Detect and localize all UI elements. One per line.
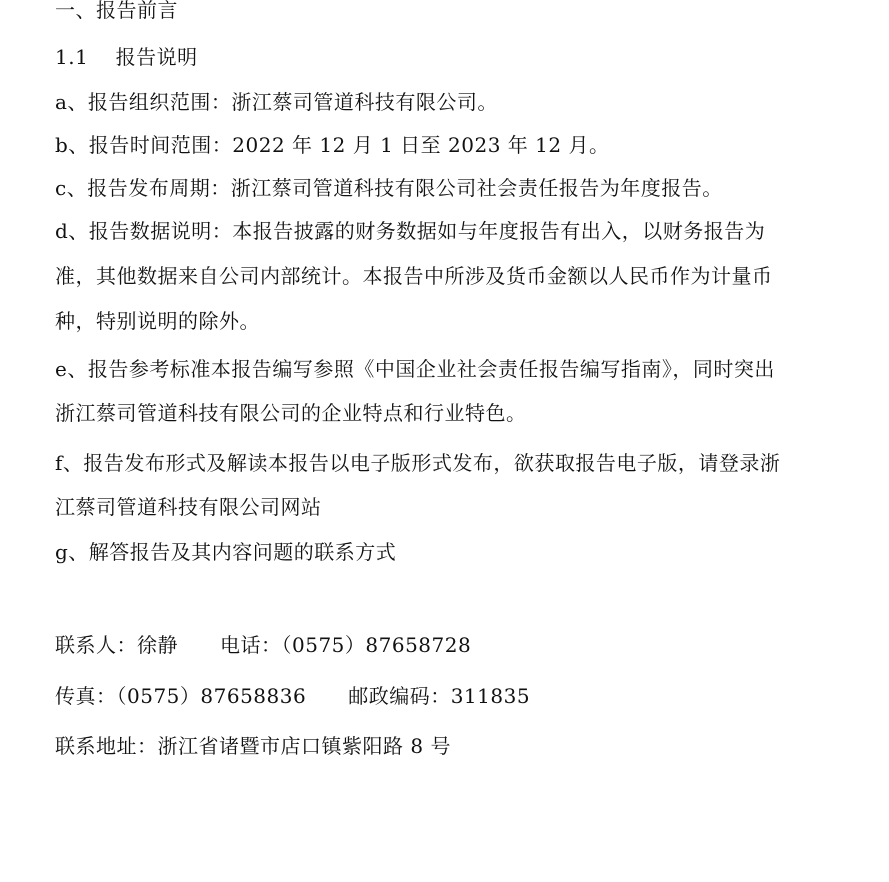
paragraph-f-line2: 江蔡司管道科技有限公司网站: [55, 495, 322, 519]
subsection-heading: 1.1 报告说明: [55, 45, 198, 69]
paragraph-a: a、报告组织范围：浙江蔡司管道科技有限公司。: [55, 90, 498, 114]
contact-person-row: 联系人：徐静电话：（0575）87658728: [55, 633, 471, 657]
section-heading: 一、报告前言: [55, 0, 178, 22]
phone-label: 电话：: [220, 633, 282, 657]
address-label: 联系地址：: [55, 734, 158, 758]
address-value: 浙江省诸暨市店口镇紫阳路 8 号: [158, 734, 451, 758]
paragraph-b: b、报告时间范围：2022 年 12 月 1 日至 2023 年 12 月。: [55, 133, 609, 157]
paragraph-c: c、报告发布周期：浙江蔡司管道科技有限公司社会责任报告为年度报告。: [55, 176, 723, 200]
contact-person-value: 徐静: [137, 633, 178, 657]
fax-postcode-row: 传真：（0575）87658836邮政编码：311835: [55, 684, 530, 708]
contact-person-label: 联系人：: [55, 633, 137, 657]
paragraph-g: g、解答报告及其内容问题的联系方式: [55, 540, 396, 564]
paragraph-d-line2: 准，其他数据来自公司内部统计。本报告中所涉及货币金额以人民币作为计量币: [55, 264, 773, 288]
paragraph-d-line1: d、报告数据说明：本报告披露的财务数据如与年度报告有出入，以财务报告为: [55, 219, 765, 243]
paragraph-e-line1: e、报告参考标准本报告编写参照《中国企业社会责任报告编写指南》，同时突出: [55, 357, 775, 381]
phone-value: （0575）87658728: [282, 633, 472, 657]
address-row: 联系地址：浙江省诸暨市店口镇紫阳路 8 号: [55, 734, 451, 758]
postcode-value: 311835: [451, 684, 530, 708]
fax-value: （0575）87658836: [117, 684, 307, 708]
postcode-label: 邮政编码：: [348, 684, 451, 708]
fax-label: 传真：: [55, 684, 117, 708]
paragraph-f-line1: f、报告发布形式及解读本报告以电子版形式发布，欲获取报告电子版，请登录浙: [55, 451, 780, 475]
paragraph-e-line2: 浙江蔡司管道科技有限公司的企业特点和行业特色。: [55, 401, 527, 425]
paragraph-d-line3: 种，特别说明的除外。: [55, 309, 260, 333]
